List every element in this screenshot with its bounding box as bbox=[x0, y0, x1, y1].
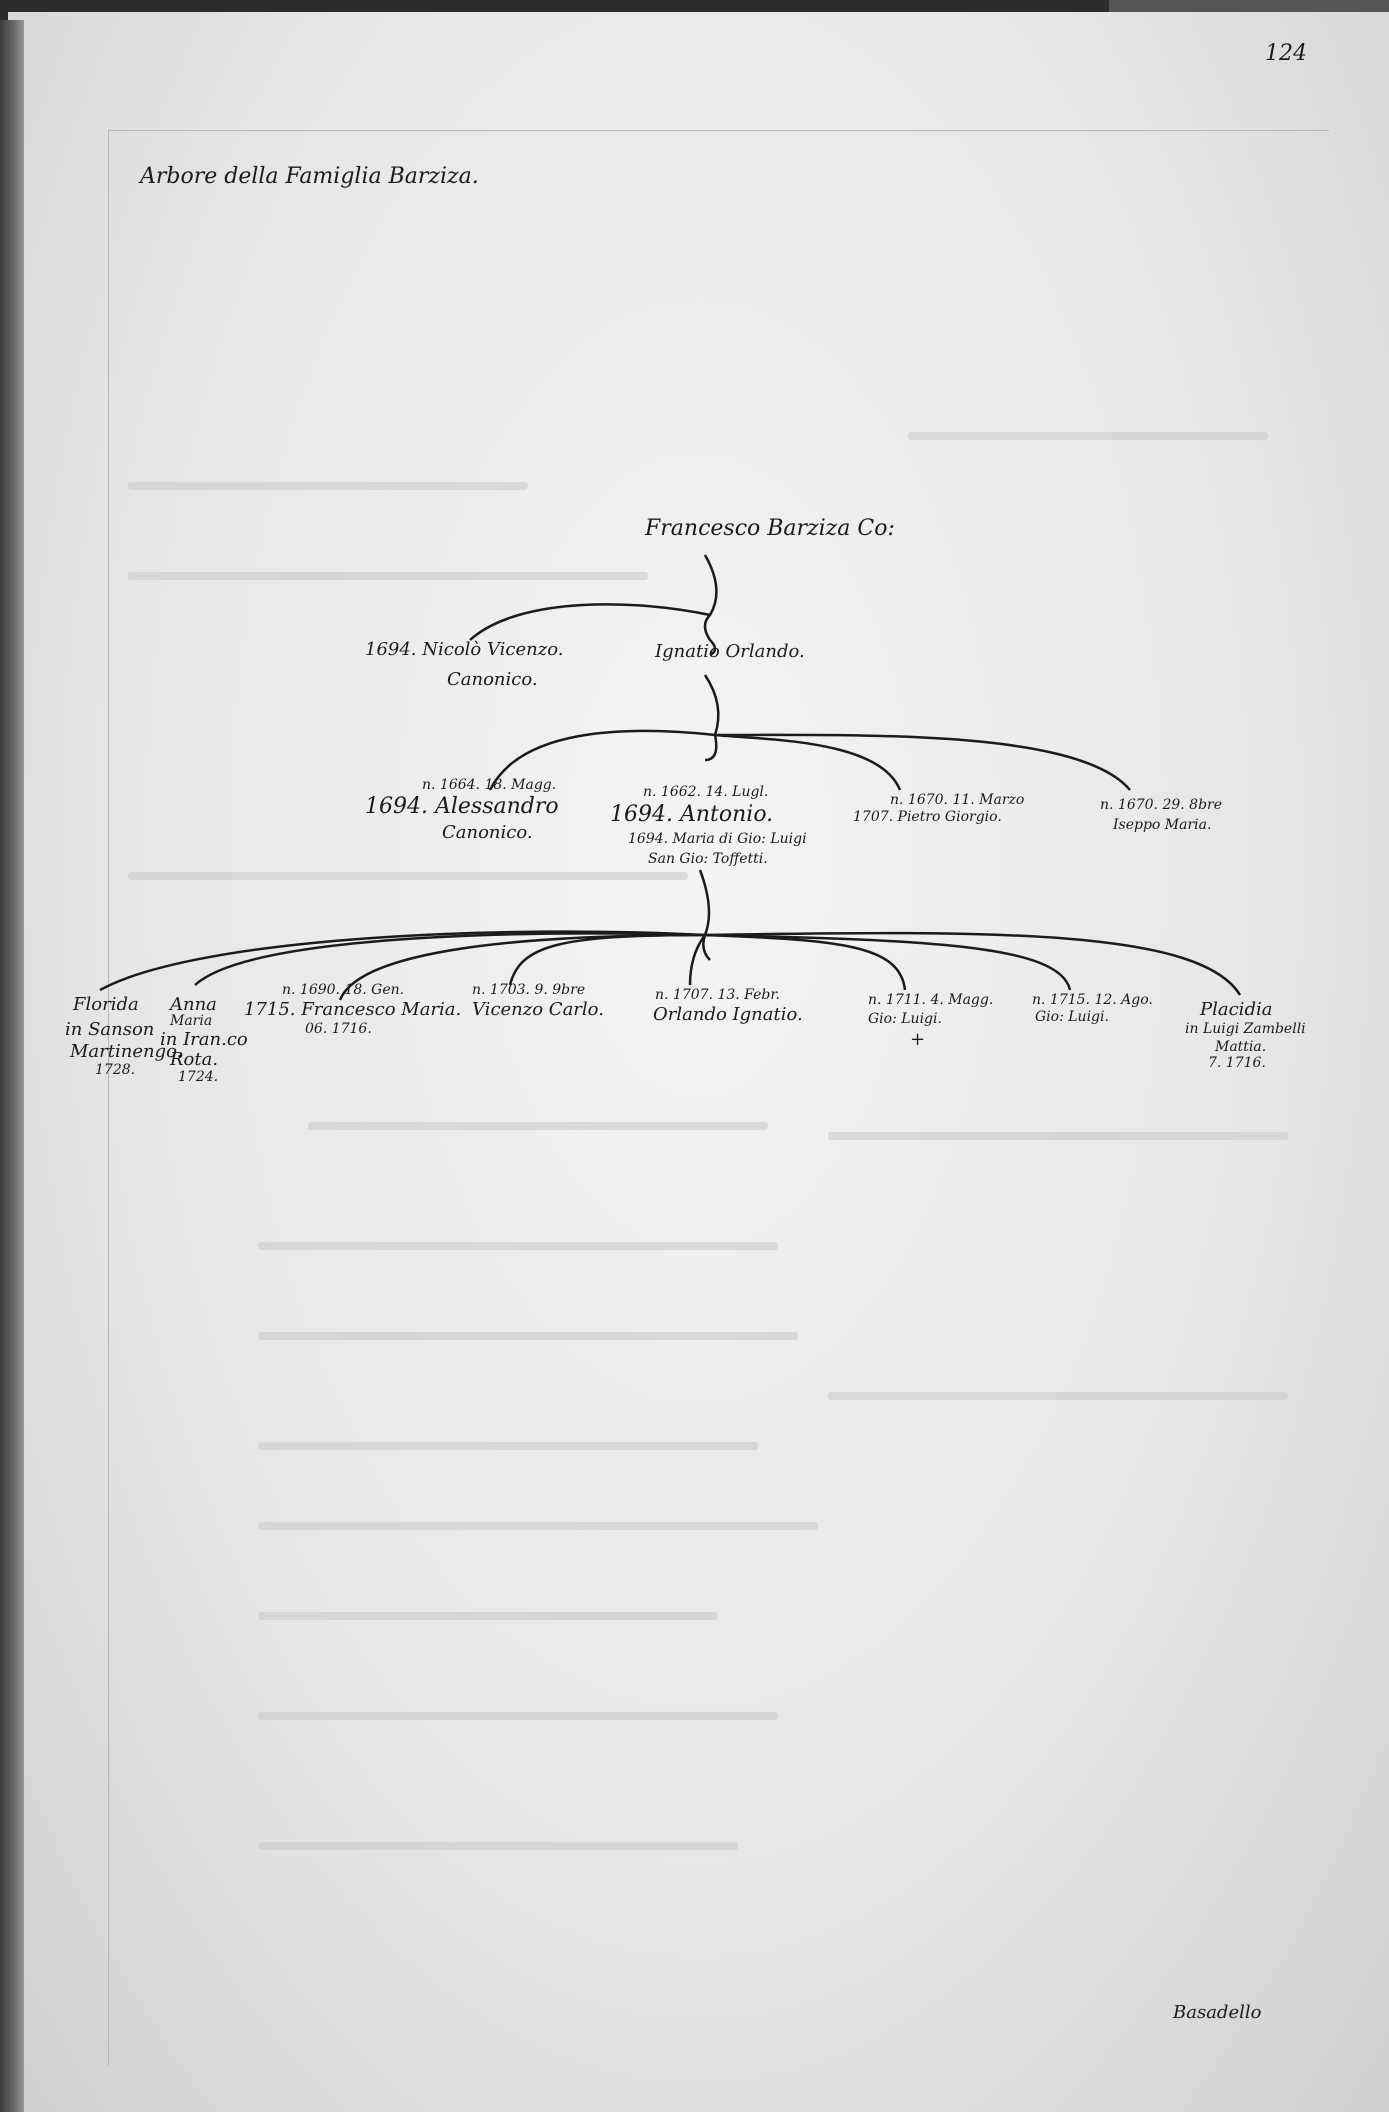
person-name: 1715. Francesco Maria. bbox=[244, 1000, 461, 1020]
person-line: in Iran.co bbox=[160, 1030, 248, 1050]
person-name: 1694. Alessandro bbox=[365, 795, 559, 819]
deceased-cross-mark: + bbox=[910, 1030, 925, 1050]
birth-date: n. 1664. 18. Magg. bbox=[422, 778, 556, 793]
person-note: 06. 1716. bbox=[305, 1022, 372, 1037]
person-line: Mattia. bbox=[1215, 1040, 1266, 1055]
person-line: in Luigi Zambelli bbox=[1185, 1022, 1306, 1037]
birth-date: n. 1711. 4. Magg. bbox=[868, 993, 993, 1008]
birth-date: n. 1670. 11. Marzo bbox=[890, 793, 1024, 808]
birth-date: n. 1715. 12. Ago. bbox=[1032, 993, 1153, 1008]
person-line: Maria bbox=[170, 1014, 212, 1029]
person-name: Gio: Luigi. bbox=[868, 1012, 942, 1027]
person-name: 1707. Pietro Giorgio. bbox=[853, 810, 1002, 825]
person-name: Vicenzo Carlo. bbox=[472, 1000, 604, 1020]
footer-catchword: Basadello bbox=[1173, 2003, 1261, 2023]
person-line: 1724. bbox=[178, 1070, 218, 1085]
person-name: Placidia bbox=[1200, 1000, 1272, 1020]
person-line: in Sanson bbox=[65, 1020, 154, 1040]
page-title: Arbore della Famiglia Barziza. bbox=[140, 165, 479, 189]
person-name: Anna bbox=[170, 995, 217, 1015]
person-name: Ignatio Orlando. bbox=[655, 642, 805, 662]
birth-date: n. 1670. 29. 8bre bbox=[1100, 798, 1222, 813]
birth-date: n. 1690. 18. Gen. bbox=[282, 983, 404, 998]
person-name: Iseppo Maria. bbox=[1113, 818, 1211, 833]
marriage-note: 1694. Maria di Gio: Luigi bbox=[628, 832, 807, 847]
person-note: Canonico. bbox=[442, 823, 533, 843]
person-line: Rota. bbox=[170, 1050, 218, 1070]
birth-date: n. 1703. 9. 9bre bbox=[472, 983, 585, 998]
person-line: 1728. bbox=[95, 1063, 135, 1078]
person-name: 1694. Antonio. bbox=[610, 803, 773, 827]
marriage-note: San Gio: Toffetti. bbox=[648, 852, 768, 867]
person-name: Orlando Ignatio. bbox=[653, 1005, 803, 1025]
person-name: Florida bbox=[73, 995, 139, 1015]
person-name: Gio: Luigi. bbox=[1035, 1010, 1109, 1025]
tree-root-name: Francesco Barziza Co: bbox=[645, 517, 895, 541]
folio-number: 124 bbox=[1265, 42, 1307, 66]
person-line: 7. 1716. bbox=[1208, 1056, 1266, 1071]
person-name: 1694. Nicolò Vicenzo. bbox=[365, 640, 563, 660]
birth-date: n. 1662. 14. Lugl. bbox=[643, 785, 768, 800]
person-note: Canonico. bbox=[447, 670, 538, 690]
birth-date: n. 1707. 13. Febr. bbox=[655, 988, 780, 1003]
